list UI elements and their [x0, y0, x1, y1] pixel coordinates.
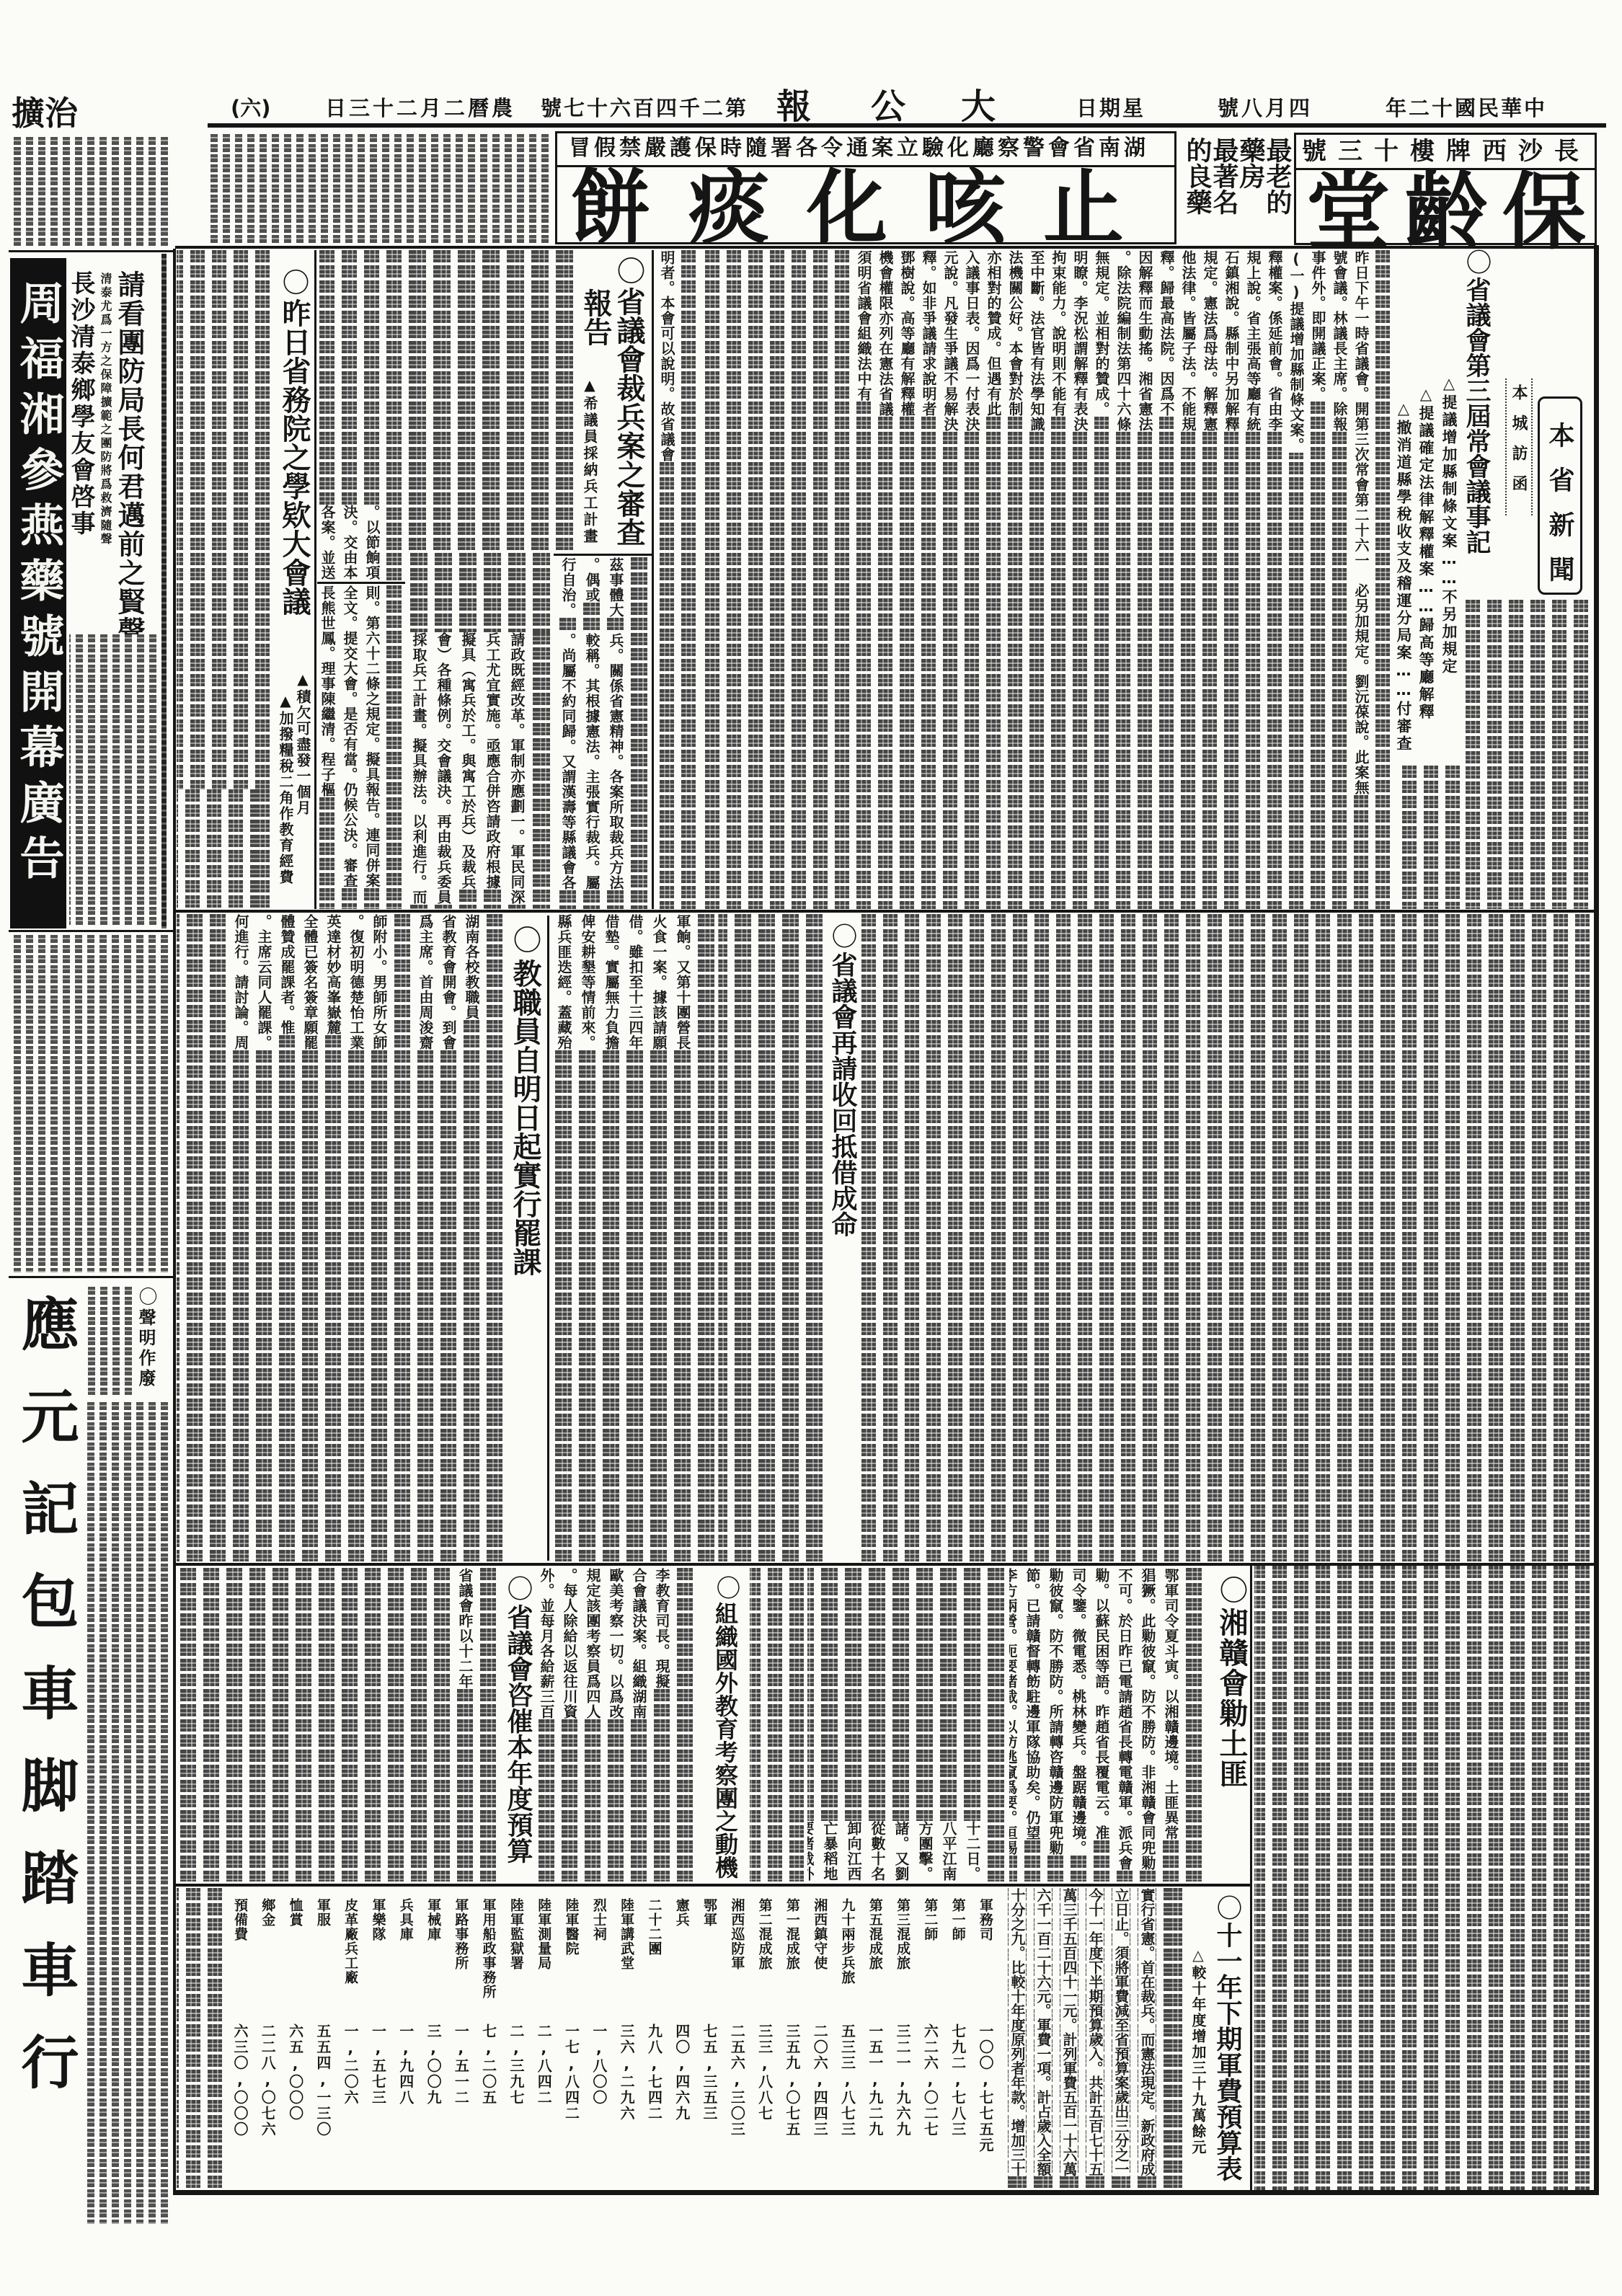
section-label: 本省新聞 — [1546, 422, 1572, 600]
headline-marker-icon: 〇 — [714, 1575, 738, 1600]
article-body: 湖南各校教職員 省教育會開會。到會 爲主席。首由周浚齋 師附小。男師所女師 。復… — [177, 914, 506, 1561]
article-body: 李教育司長。現擬 合會議決案。組織湖南 歐美考察一切。以爲改 規定該團考察員爲四… — [537, 1568, 696, 1881]
tuanfang-ad-title: 請看團防局長何君邁前之賢聲 — [115, 270, 143, 645]
budget-unit: 第一師 — [944, 1898, 971, 1941]
article-rule — [554, 554, 652, 556]
article-body-text: 鄂軍司令夏斗寅。以湘贛邊境。土匪異常 猖獗。此勦彼竄。防不勝防。非湘贛會同兜勦 … — [1009, 1568, 1179, 1871]
article-body-text: 湖南各校教職員 省教育會開會。到會 爲主席。首由周浚齋 師附小。男師所女師 。復… — [232, 914, 480, 1050]
budget-amount: 一,五七三 — [364, 2024, 391, 2106]
headline-budget-urge: 省議會咨催本年度預算 — [505, 1604, 531, 1863]
zhou-fuxiang-ad: 周福湘參燕藥號開幕廣告 — [10, 258, 66, 928]
budget-row: 二十二團九八,七四二 — [640, 1888, 668, 2189]
headline-marker-icon: 〇 — [280, 268, 307, 296]
article-body: 明者。本會可以說明。故省議會 處解釋。予法有法院編制法。不必爭論。亦不 — [656, 250, 699, 909]
budget-unit: 烈士祠 — [585, 1898, 613, 1941]
illegible-text-block — [406, 250, 577, 553]
budget-amount: 四〇,四六九 — [668, 2024, 695, 2122]
article-body: 鄂軍司令夏斗寅。以湘贛邊境。土匪異常 猖獗。此勦彼竄。防不勝防。非湘贛會同兜勦 … — [1009, 1568, 1205, 1881]
headline-marker-icon: 〇 — [1214, 1894, 1240, 1920]
article-body-text: 茲事體大 。偶或 行自治。 案。涉及 — [554, 557, 624, 618]
masthead-lunar-date: 農曆二月二十三日 — [325, 98, 515, 119]
budget-amount: 一,二〇六 — [337, 2024, 364, 2106]
headline-marker-icon: 〇 — [505, 1575, 531, 1601]
budget-row: 軍用船政事務所七,二〇五 — [474, 1888, 502, 2189]
masthead-page-number: (六) — [231, 98, 271, 119]
left-column-rule — [9, 1276, 173, 1278]
budget-row: 軍樂隊一,五七三 — [364, 1888, 391, 2189]
article-body: 茲事體大 。偶或 行自治。 案。涉及 — [554, 557, 651, 631]
budget-unit: 陸軍監獄署 — [502, 1898, 530, 1970]
budget-unit: 第五混成旅 — [861, 1898, 889, 1970]
budget-unit: 軍械庫 — [420, 1898, 447, 1941]
headline-marker-icon: 〇 — [510, 925, 539, 954]
article-body-text: 省議會昨以十二年 — [456, 1568, 474, 1689]
budget-amount: 七五,三五三 — [696, 2024, 723, 2122]
article-body: 十二日。 八平江南 方團擊。 諸。又劉 從數十名 卸向江西 亡暴稻地 要堵截外 — [807, 1568, 1008, 1881]
budget-unit: 湘西鎮守使 — [806, 1898, 833, 1970]
notice-marker-icon: 〇 — [137, 1287, 156, 1306]
headline-marker-icon: 〇 — [829, 923, 855, 949]
budget-amount: 三三,八八七 — [750, 2024, 778, 2122]
illegible-text-block — [718, 914, 826, 1561]
budget-unit: 軍用船政事務所 — [474, 1898, 502, 1999]
headline-education-mission: 組織國外教育考察團之動機 — [714, 1602, 737, 1879]
budget-amount: 一七,八四二 — [557, 2024, 585, 2122]
baolingtang-name: 保齡堂 — [1306, 171, 1600, 254]
budget-amount: 一,八〇〇 — [585, 2024, 613, 2106]
budget-row: 陸軍醫院一七,八四二 — [557, 1888, 585, 2189]
budget-row: 陸軍測量局二,八四二 — [530, 1888, 557, 2189]
budget-row: 第二混成旅三三,八八七 — [750, 1888, 778, 2189]
budget-row: 九十兩步兵旅五三三,八七三 — [833, 1888, 861, 2189]
headline-bandit-suppression: 湘贛會勦土匪 — [1217, 1608, 1246, 1789]
illegible-ad-fine-print — [84, 1287, 134, 1395]
headline-assembly-session: 省議會第三屆常會議事記 — [1463, 277, 1489, 554]
budget-row: 第五混成旅一五一,九二九 — [861, 1888, 889, 2189]
budget-unit: 恤賞 — [281, 1898, 309, 1927]
budget-unit: 陸軍測量局 — [530, 1898, 557, 1970]
illegible-text-block — [1254, 1566, 1593, 2190]
budget-unit: 第二師 — [916, 1898, 944, 1941]
article-body: 森。資步程。方 — [247, 789, 273, 909]
budget-amount: 一〇〇,七七五元 — [972, 2024, 999, 2153]
headline-marker-icon: 〇 — [614, 256, 643, 285]
budget-table: 軍務司一〇〇,七七五元 第一師七九二,七八三 第二師六二六,〇二七 第三混成旅三… — [226, 1888, 999, 2189]
budget-unit: 兵具庫 — [391, 1898, 419, 1941]
headline-troop-reduction-line2: 報告 — [581, 288, 610, 346]
article-body: 則。第六十二條之規定。擬具報告。連同併案 全文。提交大會。是否有當。仍候公決。審… — [317, 585, 405, 909]
headline-marker-icon: 〇 — [1217, 1575, 1246, 1604]
budget-unit: 皮革廠兵工廠 — [337, 1898, 364, 1985]
cough-cake-ad-caption: 湖南省會警察廳化驗立案通令各署隨時保護嚴禁假冒 — [569, 138, 1149, 159]
article-body-text: 十二日。 八平江南 方團擊。 諸。又劉 從數十名 卸向江西 亡暴稻地 要堵截外 — [807, 1821, 981, 1881]
budget-amount: 三五九,〇七五 — [779, 2024, 806, 2137]
subhead: ▲希議員採納兵工計畫 — [582, 376, 597, 545]
headline-marker-icon: 〇 — [1463, 249, 1489, 275]
budget-unit: 軍路事務所 — [447, 1898, 474, 1970]
masthead-republic-date: 中華民國十二年 — [1386, 98, 1547, 119]
budget-amount: 一五一,九二九 — [861, 2024, 889, 2137]
masthead-issue-number: 第二千四百六十七號 — [541, 98, 748, 119]
headline-troop-reduction: 省議會裁兵案之審查 — [614, 287, 643, 546]
budget-row: 恤賞六五,〇〇〇 — [281, 1888, 309, 2189]
illegible-text-block — [177, 1888, 226, 2189]
budget-intro-text: 實行省憲。首在裁兵。而憲法現定。新政府成 立日止。須將軍費減至省預算案歲出三分之… — [1004, 1888, 1156, 2176]
budget-unit: 第二混成旅 — [750, 1898, 778, 1970]
masthead-date: 四月八號 — [1218, 98, 1313, 119]
budget-intro: 實行省憲。首在裁兵。而憲法現定。新政府成 立日止。須將軍費減至省預算案歲出三分之… — [1004, 1888, 1186, 2191]
column-rule — [547, 916, 549, 1561]
illegible-text-block — [177, 789, 247, 909]
masthead-name-char-bao: 報 — [776, 89, 811, 124]
budget-row: 憲兵四〇,四六九 — [668, 1888, 695, 2189]
budget-amount: 二〇六,四四三 — [806, 2024, 833, 2137]
illegible-text-block — [859, 914, 1593, 1561]
budget-amount: 五三三,八七三 — [833, 2024, 861, 2137]
illegible-text-block — [177, 250, 273, 789]
article-body-text: 李教育司長。現擬 合會議決案。組織湖南 歐美考察一切。以爲改 規定該團考察員爲四… — [537, 1568, 670, 1742]
budget-amount: 三,〇〇九 — [420, 2024, 447, 2106]
article-body: 請政既經改革。軍制亦應劃一。軍民同深 兵工尤宜實施。亟應合併咨請政府根據 擬具（… — [406, 632, 554, 909]
budget-row: 第三混成旅三二一,九六九 — [889, 1888, 916, 2189]
yingyuanji-notice-title: 聲明作廢 — [137, 1308, 154, 1389]
tuanfang-ad-signature: 長沙清泰鄉學友會啓事 — [68, 270, 93, 537]
subhead: ▲加撥糧稅二角作教育經費 — [278, 692, 293, 885]
budget-unit: 預備費 — [226, 1898, 254, 1941]
budget-unit: 二十二團 — [640, 1898, 668, 1956]
main-right-border — [1594, 245, 1599, 2195]
column-rule — [314, 250, 316, 909]
article-body: 。以節餉項 決。交由本 各案。並送 一次。食謂 — [317, 250, 405, 580]
budget-row: 鄂軍七五,三五三 — [696, 1888, 723, 2189]
article-body-text: 軍餉。又第十團營長 火食一案。據該請願 借。雖扣至十三四年 借墊。實屬無力負擔 … — [551, 914, 691, 1050]
budget-unit: 第一混成旅 — [779, 1898, 806, 1970]
article-rule — [317, 582, 405, 584]
column-rule — [1250, 1566, 1252, 2190]
baolingtang-address: 長沙西牌樓十三號 — [1302, 139, 1590, 164]
masthead-rule — [208, 123, 1606, 128]
illegible-text-block — [1395, 766, 1463, 909]
headline-military-budget: 十一年下期軍費預算表 — [1214, 1922, 1240, 2181]
budget-unit: 第三混成旅 — [889, 1898, 916, 1970]
section-rule — [175, 910, 1595, 913]
illegible-ad-fine-print — [10, 935, 170, 1272]
budget-unit: 軍服 — [309, 1898, 337, 1927]
page-bottom-rule — [175, 2190, 1597, 2195]
budget-amount: 六五,〇〇〇 — [281, 2024, 309, 2122]
article-body: 昨日下午一時省議會。開第三次常會第二十六一 必另加規定。劉沅葆說。此案無 號會議… — [701, 250, 1393, 909]
budget-amount: 三六,二九六 — [613, 2024, 640, 2122]
budget-row: 兵具庫一,九四八 — [391, 1888, 419, 2189]
budget-row: 軍服五五四,一三〇 — [309, 1888, 337, 2189]
section-source-text: 本城訪函 — [1510, 384, 1526, 505]
main-left-border — [173, 249, 176, 2195]
section-label-box: 本省新聞 — [1538, 396, 1582, 595]
budget-amount: 五五四,一三〇 — [309, 2024, 337, 2137]
illegible-ad-fine-print — [10, 137, 170, 247]
budget-unit: 憲兵 — [668, 1898, 695, 1927]
cough-cake-ad-name: 止咳化痰餅 — [570, 168, 1161, 249]
headline-school-funds: 昨日省務院之學欵大會議 — [280, 298, 309, 616]
illegible-ad-fine-print — [69, 634, 159, 926]
budget-unit: 陸軍醫院 — [557, 1898, 585, 1956]
headline-loan-revocation: 省議會再請收回抵借成命 — [829, 952, 855, 1237]
left-column-rule — [9, 930, 173, 932]
budget-amount: 七九二,七八三 — [944, 2024, 971, 2137]
tuanfang-ad-border — [161, 254, 167, 928]
budget-row: 第一混成旅三五九,〇七五 — [779, 1888, 806, 2189]
budget-unit: 湘西巡防軍 — [723, 1898, 750, 1970]
budget-amount: 一,九四八 — [391, 2024, 419, 2106]
budget-row: 陸軍監獄署二,三九七 — [502, 1888, 530, 2189]
headline-teachers-strike: 教職員自明日起實行罷課 — [510, 959, 539, 1276]
article-body: 省議會昨以十二年 — [177, 1568, 500, 1881]
budget-amount: 二五六,三〇三 — [723, 2024, 750, 2137]
budget-row: 軍務司一〇〇,七七五元 — [972, 1888, 999, 2189]
budget-row: 陸軍講武堂三六,二九六 — [613, 1888, 640, 2189]
masthead-weekday: 星期日 — [1076, 98, 1145, 119]
baolingtang-slogan: 最老的 藥房 最著名 的良藥 — [1182, 137, 1290, 244]
top-ads-bottom-rule — [175, 246, 1597, 249]
article-body-text: 。以節餉項 決。交由本 各案。並送 一次。食謂 — [317, 505, 381, 580]
article-body-text: 則。第六十二條之規定。擬具報告。連同併案 全文。提交大會。是否有當。仍候公決。審… — [317, 585, 381, 888]
budget-row: 軍路事務所一,五一二 — [447, 1888, 474, 2189]
budget-row: 第二師六二六,〇二七 — [916, 1888, 944, 2189]
section-source: 本城訪函 — [1505, 378, 1533, 515]
article-body: 軍餉。又第十團營長 火食一案。據該請願 借。雖扣至十三四年 借墊。實屬無力負擔 … — [551, 914, 718, 1561]
budget-row: 第一師七九二,七八三 — [944, 1888, 971, 2189]
top-left-ad-title: 擴治 — [12, 97, 78, 130]
budget-row: 皮革廠兵工廠一,二〇六 — [337, 1888, 364, 2189]
article-body-text: 明者。本會可以說明。故省議會 處解釋。予法有法院編制法。不必爭論。亦不 — [656, 250, 675, 553]
illegible-text-block — [1463, 600, 1592, 909]
article-body-text: 昨日下午一時省議會。開第三次常會第二十六一 必另加規定。劉沅葆說。此案無 號會議… — [855, 250, 1370, 795]
column-rule — [652, 250, 654, 909]
illegible-text-block — [406, 553, 554, 632]
budget-amount: 二,八四二 — [530, 2024, 557, 2106]
section-rule — [175, 1884, 1252, 1887]
article-body-text: 兵。關係省憲精神。各案所取裁兵方法 較稱。其根據憲法。主張實行裁兵。屬 。尚屬不… — [554, 633, 624, 890]
subhead: △撤消道縣學稅收支及稽運分局案……付審查 — [1396, 400, 1411, 753]
subhead: △較十年度增加三十九萬餘元 — [1191, 1946, 1205, 2155]
budget-unit: 鄉金 — [254, 1898, 281, 1927]
budget-amount: 六三〇,〇〇〇 — [226, 2024, 254, 2137]
budget-unit: 鄂軍 — [696, 1898, 723, 1927]
subhead: ▲積欠可盡發一個月 — [296, 670, 310, 816]
budget-row: 湘西鎮守使二〇六,四四三 — [806, 1888, 833, 2189]
newspaper-page: 中華民國十二年 四月八號 星期日 大 公 報 第二千四百六十七號 農曆二月二十三… — [0, 0, 1622, 2296]
budget-amount: 二二八,〇七六 — [254, 2024, 281, 2137]
budget-amount: 二,三九七 — [502, 2024, 530, 2106]
budget-unit: 九十兩步兵旅 — [833, 1898, 861, 1985]
budget-unit: 軍樂隊 — [364, 1898, 391, 1941]
budget-row: 預備費六三〇,〇〇〇 — [226, 1888, 254, 2189]
budget-row: 軍械庫三,〇〇九 — [420, 1888, 447, 2189]
budget-amount: 九八,七四二 — [640, 2024, 668, 2122]
budget-row: 湘西巡防軍二五六,三〇三 — [723, 1888, 750, 2189]
illegible-text-block — [750, 1568, 807, 1881]
budget-amount: 三二一,九六九 — [889, 2024, 916, 2137]
subhead: △提議確定法律解釋權案……歸高等廳解釋 — [1418, 386, 1433, 721]
budget-amount: 一,五一二 — [447, 2024, 474, 2106]
article-body: 兵。關係省憲精神。各案所取裁兵方法 較稱。其根據憲法。主張實行裁兵。屬 。尚屬不… — [554, 633, 651, 909]
budget-row: 鄉金二二八,〇七六 — [254, 1888, 281, 2189]
left-column-rule — [9, 250, 173, 252]
budget-amount: 七,二〇五 — [474, 2024, 502, 2106]
subhead: △提議增加縣制條文案……不另加規定 — [1441, 375, 1456, 675]
masthead-name-char-da: 大 — [961, 89, 996, 124]
budget-unit: 軍務司 — [972, 1898, 999, 1941]
baolingtang-ad: 長沙西牌樓十三號 保齡堂 — [1294, 133, 1597, 245]
budget-amount: 六二六,〇二七 — [916, 2024, 944, 2137]
tuanfang-ad-note: 清泰尤爲一方之保障擴範之團防將爲救濟隨聲 — [99, 272, 111, 546]
budget-row: 烈士祠一,八〇〇 — [585, 1888, 613, 2189]
yingyuanji-ad-name: 應元記包車脚踏車行 — [16, 1294, 74, 2124]
illegible-ad-fine-print — [210, 134, 551, 244]
illegible-ad-fine-print — [84, 1402, 170, 2224]
budget-unit: 陸軍講武堂 — [613, 1898, 640, 1970]
masthead-name-char-gong: 公 — [871, 89, 905, 124]
article-body-text: 請政既經改革。軍制亦應劃一。軍民同深 兵工尤宜實施。亟應合併咨請政府根據 擬具（… — [406, 632, 526, 905]
zhou-fuxiang-ad-name: 周福湘參燕藥號開幕廣告 — [16, 280, 61, 890]
cough-cake-ad: 湖南省會警察廳化驗立案通令各署隨時保護嚴禁假冒 止咳化痰餅 — [555, 131, 1176, 244]
